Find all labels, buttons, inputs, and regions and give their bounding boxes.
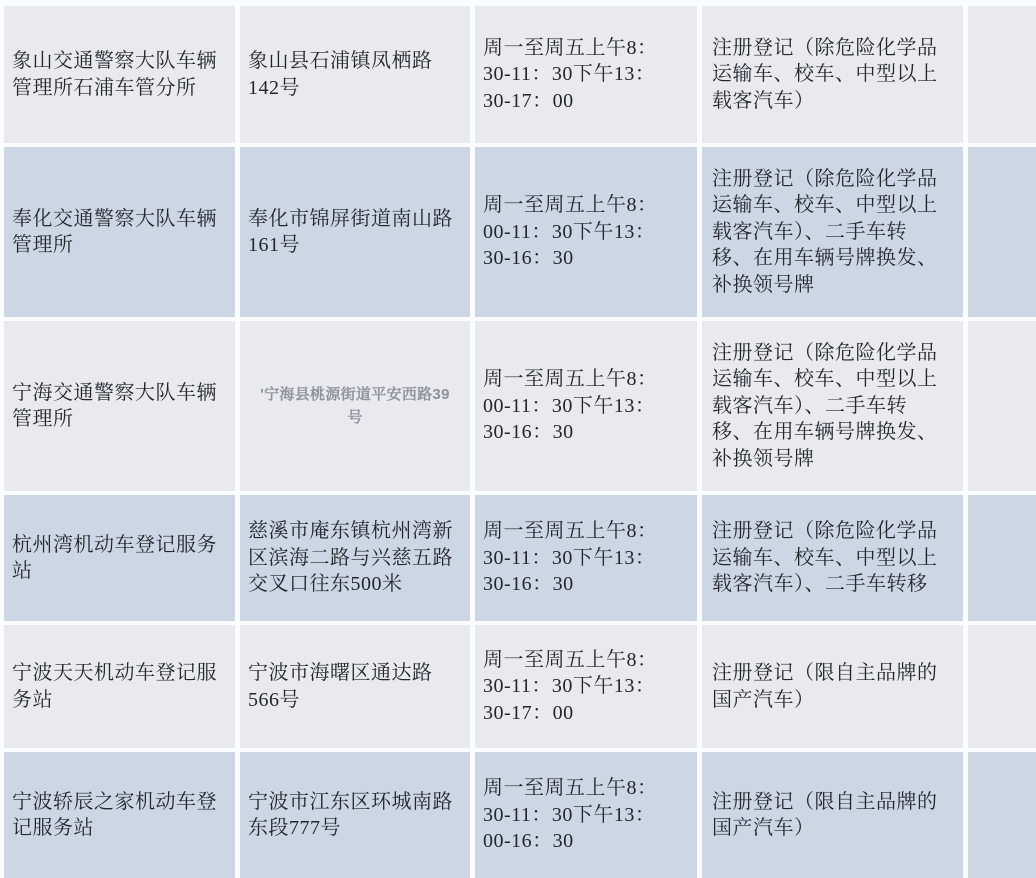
office-name-cell: 宁海交通警察大队车辆管理所: [4, 321, 235, 491]
office-name-cell: 杭州湾机动车登记服务站: [4, 495, 235, 621]
office-name-cell: 奉化交通警察大队车辆管理所: [4, 147, 235, 317]
vehicle-registration-table: 象山交通警察大队车辆管理所石浦车管分所 象山县石浦镇凤栖路142号 周一至周五上…: [0, 0, 1036, 878]
office-name-cell: 宁波轿辰之家机动车登记服务站: [4, 752, 235, 878]
office-name-cell: 宁波天天机动车登记服务站: [4, 625, 235, 748]
business-hours-cell: 周一至周五上午8：00-11：30下午13：30-16：30: [475, 147, 697, 317]
notes-cell: [968, 147, 1036, 317]
notes-cell: [968, 625, 1036, 748]
notes-cell: [968, 752, 1036, 878]
services-cell: 注册登记（限自主品牌的国产汽车）: [702, 752, 963, 878]
services-cell: 注册登记（除危险化学品运输车、校车、中型以上载客汽车）、二手车转移、在用车辆号牌…: [702, 321, 963, 491]
business-hours-cell: 周一至周五上午8：30-11：30下午13：30-17：00: [475, 6, 697, 143]
address-cell: 象山县石浦镇凤栖路142号: [240, 6, 470, 143]
business-hours-cell: 周一至周五上午8：30-11：30下午13：30-17：00: [475, 625, 697, 748]
business-hours-cell: 周一至周五上午8：00-11：30下午13：30-16：30: [475, 321, 697, 491]
business-hours-cell: 周一至周五上午8：30-11：30下午13：00-16：30: [475, 752, 697, 878]
office-name-cell: 象山交通警察大队车辆管理所石浦车管分所: [4, 6, 235, 143]
address-cell: 奉化市锦屏街道南山路161号: [240, 147, 470, 317]
address-cell: 宁波市海曙区通达路566号: [240, 625, 470, 748]
services-cell: 注册登记（除危险化学品运输车、校车、中型以上载客汽车）、二手车转移: [702, 495, 963, 621]
services-cell: 注册登记（限自主品牌的国产汽车）: [702, 625, 963, 748]
notes-cell: [968, 6, 1036, 143]
services-cell: 注册登记（除危险化学品运输车、校车、中型以上载客汽车）: [702, 6, 963, 143]
address-cell: 宁波市江东区环城南路东段777号: [240, 752, 470, 878]
services-cell: 注册登记（除危险化学品运输车、校车、中型以上载客汽车）、二手车转移、在用车辆号牌…: [702, 147, 963, 317]
address-cell: '宁海县桃源街道平安西路39号: [240, 321, 470, 491]
business-hours-cell: 周一至周五上午8：30-11：30下午13：30-16：30: [475, 495, 697, 621]
page: 象山交通警察大队车辆管理所石浦车管分所 象山县石浦镇凤栖路142号 周一至周五上…: [0, 0, 1036, 878]
notes-cell: [968, 495, 1036, 621]
address-cell: 慈溪市庵东镇杭州湾新区滨海二路与兴慈五路交叉口往东500米: [240, 495, 470, 621]
notes-cell: [968, 321, 1036, 491]
